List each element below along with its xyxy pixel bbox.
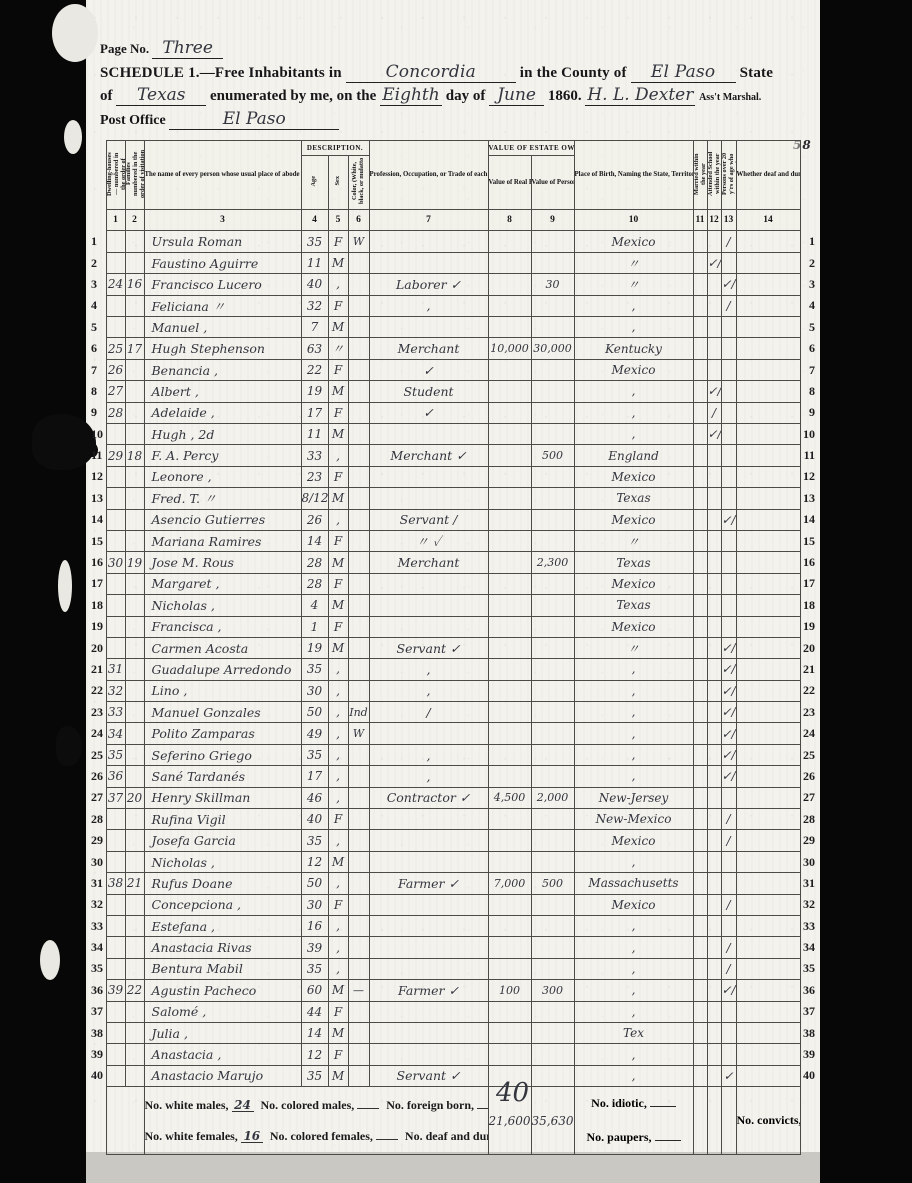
color-cell <box>348 937 369 958</box>
footer-right-margin <box>800 1087 816 1155</box>
school-mark-cell <box>707 723 721 744</box>
dwelling-number-cell: 24 <box>106 274 125 295</box>
birthplace-cell: Mexico <box>574 573 693 594</box>
sex-cell: M <box>328 1022 348 1043</box>
school-mark-cell <box>707 445 721 466</box>
row-number-right: 29 <box>800 830 816 851</box>
family-number-cell <box>125 616 144 637</box>
sex-cell: , <box>328 787 348 808</box>
real-estate-cell <box>488 958 531 979</box>
condition-cell <box>736 274 800 295</box>
table-row: 33 Estefana , 16 , , 33 <box>90 915 816 936</box>
family-number-cell <box>125 744 144 765</box>
color-cell <box>348 894 369 915</box>
condition-cell <box>736 252 800 273</box>
age-cell: 39 <box>301 937 328 958</box>
name-cell: Rufina Vigil <box>144 809 301 830</box>
school-mark-cell <box>707 744 721 765</box>
table-row: 34 Anastacia Rivas 39 , , / 34 <box>90 937 816 958</box>
row-number-right: 31 <box>800 873 816 894</box>
schedule-line: SCHEDULE 1.—Free Inhabitants in Concordi… <box>100 62 806 83</box>
birthplace-cell: , <box>574 766 693 787</box>
family-number-cell <box>125 766 144 787</box>
dwelling-number-cell <box>106 424 125 445</box>
name-cell: Jose M. Rous <box>144 552 301 573</box>
dwelling-number-cell: 31 <box>106 659 125 680</box>
real-estate-cell <box>488 317 531 338</box>
condition-cell <box>736 766 800 787</box>
post-office-value: El Paso <box>169 109 339 130</box>
age-cell: 40 <box>301 274 328 295</box>
color-cell <box>348 552 369 573</box>
school-mark-cell: ✓/ <box>707 252 721 273</box>
occupation-cell: Farmer ✓ <box>369 873 488 894</box>
family-number-cell <box>125 702 144 723</box>
name-cell: Carmen Acosta <box>144 637 301 658</box>
sex-cell: , <box>328 274 348 295</box>
married-mark-cell <box>693 552 707 573</box>
table-row: 6 25 17 Hugh Stephenson 63 〃 Merchant 10… <box>90 338 816 359</box>
birthplace-cell: , <box>574 295 693 316</box>
illiterate-mark-cell: / <box>721 958 736 979</box>
age-cell: 8/12 <box>301 488 328 509</box>
married-mark-cell <box>693 659 707 680</box>
condition-cell <box>736 1044 800 1065</box>
row-number-left: 1 <box>90 231 106 252</box>
married-mark-cell <box>693 894 707 915</box>
footer-empty-mark-cell <box>707 1087 721 1155</box>
row-number-left: 6 <box>90 338 106 359</box>
age-cell: 35 <box>301 231 328 252</box>
color-cell <box>348 295 369 316</box>
color-cell <box>348 744 369 765</box>
personal-estate-cell <box>531 1022 574 1043</box>
value-group-header: VALUE OF ESTATE OWNED. <box>488 141 574 156</box>
row-number-left: 20 <box>90 637 106 658</box>
family-number-cell <box>125 231 144 252</box>
real-estate-cell <box>488 744 531 765</box>
color-cell <box>348 915 369 936</box>
state-label: State <box>740 65 774 81</box>
row-number-left: 13 <box>90 488 106 509</box>
table-row: 22 32 Lino , 30 , , , ✓/ 22 <box>90 680 816 701</box>
illiterate-mark-cell: / <box>721 809 736 830</box>
personal-estate-cell <box>531 723 574 744</box>
dwelling-number-cell: 36 <box>106 766 125 787</box>
row-number-right: 25 <box>800 744 816 765</box>
birthplace-cell: 〃 <box>574 252 693 273</box>
row-number-right: 18 <box>800 595 816 616</box>
state-value: Texas <box>116 85 206 106</box>
personal-estate-cell <box>531 894 574 915</box>
real-estate-cell: 7,000 <box>488 873 531 894</box>
school-mark-cell: / <box>707 402 721 423</box>
name-cell: Mariana Ramires <box>144 530 301 551</box>
real-estate-cell <box>488 1022 531 1043</box>
of-label: of <box>100 88 113 104</box>
name-cell: Fred. T. 〃 <box>144 488 301 509</box>
birthplace-cell: , <box>574 680 693 701</box>
occupation-cell <box>369 252 488 273</box>
color-cell <box>348 338 369 359</box>
illiterate-mark-cell <box>721 402 736 423</box>
name-cell: Faustino Aguirre <box>144 252 301 273</box>
color-cell: Ind <box>348 702 369 723</box>
school-mark-cell <box>707 295 721 316</box>
row-number-right: 33 <box>800 915 816 936</box>
dwelling-number-cell <box>106 894 125 915</box>
table-row: 38 Julia , 14 M Tex 38 <box>90 1022 816 1043</box>
married-mark-cell <box>693 915 707 936</box>
row-number-right: 15 <box>800 530 816 551</box>
birthplace-cell: , <box>574 744 693 765</box>
married-mark-cell <box>693 744 707 765</box>
family-number-cell: 20 <box>125 787 144 808</box>
married-mark-cell <box>693 466 707 487</box>
dwelling-number-cell: 26 <box>106 359 125 380</box>
row-number-left: 35 <box>90 958 106 979</box>
family-number-cell <box>125 830 144 851</box>
family-number-cell <box>125 509 144 530</box>
illiterate-mark-cell <box>721 488 736 509</box>
married-mark-cell <box>693 424 707 445</box>
name-cell: F. A. Percy <box>144 445 301 466</box>
birthplace-cell: , <box>574 402 693 423</box>
school-mark-cell <box>707 958 721 979</box>
married-mark-cell <box>693 317 707 338</box>
row-number-right: 17 <box>800 573 816 594</box>
real-estate-cell <box>488 488 531 509</box>
school-mark-cell <box>707 274 721 295</box>
age-cell: 30 <box>301 894 328 915</box>
sex-cell: F <box>328 1044 348 1065</box>
occupation-cell <box>369 616 488 637</box>
birthplace-cell: New-Jersey <box>574 787 693 808</box>
age-cell: 35 <box>301 659 328 680</box>
name-cell: Josefa Garcia <box>144 830 301 851</box>
dwelling-number-cell: 34 <box>106 723 125 744</box>
row-number-left: 39 <box>90 1044 106 1065</box>
sex-cell: F <box>328 295 348 316</box>
condition-cell <box>736 488 800 509</box>
married-mark-cell <box>693 958 707 979</box>
name-cell: Feliciana 〃 <box>144 295 301 316</box>
age-cell: 26 <box>301 509 328 530</box>
family-number-cell <box>125 1065 144 1086</box>
condition-cell <box>736 1001 800 1022</box>
real-estate-cell <box>488 702 531 723</box>
color-cell <box>348 637 369 658</box>
col-birthplace-header: Place of Birth, Naming the State, Territ… <box>574 141 693 210</box>
color-cell <box>348 445 369 466</box>
married-mark-cell <box>693 488 707 509</box>
col-married-header: Married within the year <box>693 141 707 210</box>
illiterate-mark-cell <box>721 317 736 338</box>
row-number-right: 7 <box>800 359 816 380</box>
ink-blot <box>56 726 82 766</box>
post-office-line: Post Office El Paso <box>100 109 806 130</box>
paper-tear <box>40 940 60 980</box>
color-cell <box>348 252 369 273</box>
table-row: 36 39 22 Agustin Pacheco 60 M — Farmer ✓… <box>90 980 816 1001</box>
illiterate-mark-cell <box>721 616 736 637</box>
table-row: 32 Concepciona , 30 F Mexico / 32 <box>90 894 816 915</box>
illiterate-mark-cell <box>721 381 736 402</box>
sex-cell: F <box>328 1001 348 1022</box>
row-number-right: 35 <box>800 958 816 979</box>
dwelling-number-cell <box>106 851 125 872</box>
family-number-cell <box>125 402 144 423</box>
real-estate-cell <box>488 530 531 551</box>
idiotic-label: No. idiotic, <box>591 1096 647 1110</box>
row-number-right: 13 <box>800 488 816 509</box>
dwelling-number-cell <box>106 1065 125 1086</box>
dwelling-number-cell <box>106 466 125 487</box>
color-cell <box>348 659 369 680</box>
name-cell: Guadalupe Arredondo <box>144 659 301 680</box>
illiterate-mark-cell: ✓/ <box>721 766 736 787</box>
illiterate-mark-cell: / <box>721 231 736 252</box>
occupation-cell <box>369 1044 488 1065</box>
married-mark-cell <box>693 616 707 637</box>
married-mark-cell <box>693 402 707 423</box>
personal-estate-cell <box>531 702 574 723</box>
row-number-right: 10 <box>800 424 816 445</box>
sex-cell: M <box>328 595 348 616</box>
occupation-cell <box>369 231 488 252</box>
personal-estate-cell: 2,300 <box>531 552 574 573</box>
birthplace-cell: , <box>574 980 693 1001</box>
table-row: 24 34 Polito Zamparas 49 , W , ✓/ 24 <box>90 723 816 744</box>
age-cell: 17 <box>301 766 328 787</box>
col-age-header: Age <box>301 156 328 210</box>
condition-cell <box>736 616 800 637</box>
sex-cell: , <box>328 915 348 936</box>
family-number-cell <box>125 809 144 830</box>
name-cell: Estefana , <box>144 915 301 936</box>
married-mark-cell <box>693 509 707 530</box>
row-number-left: 19 <box>90 616 106 637</box>
dwelling-number-cell: 32 <box>106 680 125 701</box>
birthplace-cell: Mexico <box>574 466 693 487</box>
family-number-cell <box>125 1044 144 1065</box>
married-mark-cell <box>693 830 707 851</box>
illiterate-mark-cell <box>721 252 736 273</box>
age-cell: 16 <box>301 915 328 936</box>
family-number-cell: 17 <box>125 338 144 359</box>
marshal-signature: H. L. Dexter <box>585 85 695 106</box>
birthplace-cell: Mexico <box>574 894 693 915</box>
school-mark-cell <box>707 702 721 723</box>
name-cell: Lino , <box>144 680 301 701</box>
footer-empty-mark-cell <box>721 1087 736 1155</box>
schedule-title: SCHEDULE 1.—Free Inhabitants in <box>100 65 342 81</box>
dwelling-number-cell: 28 <box>106 402 125 423</box>
married-mark-cell <box>693 1001 707 1022</box>
dwelling-number-cell <box>106 1001 125 1022</box>
occupation-cell <box>369 723 488 744</box>
illiterate-mark-cell: / <box>721 937 736 958</box>
row-number-left: 5 <box>90 317 106 338</box>
name-cell: Francisco Lucero <box>144 274 301 295</box>
married-mark-cell <box>693 787 707 808</box>
footer-count-field: No. colored females, <box>270 1129 398 1143</box>
dwelling-number-cell <box>106 488 125 509</box>
scan-right-border <box>820 0 912 1183</box>
personal-estate-cell <box>531 937 574 958</box>
birthplace-cell: Texas <box>574 595 693 616</box>
occupation-cell <box>369 573 488 594</box>
age-cell: 60 <box>301 980 328 1001</box>
day-of-label: day of <box>446 88 486 104</box>
col-family-header: Families numbered in the order of visita… <box>125 141 144 210</box>
occupation-cell <box>369 915 488 936</box>
footer-counts: No. white males, 24No. colored males, No… <box>144 1087 488 1155</box>
table-row: 16 30 19 Jose M. Rous 28 M Merchant 2,30… <box>90 552 816 573</box>
row-number-left: 22 <box>90 680 106 701</box>
married-mark-cell <box>693 359 707 380</box>
table-row: 7 26 Benancia , 22 F ✓ Mexico 7 <box>90 359 816 380</box>
scan-left-border <box>0 0 86 1183</box>
row-number-right: 3 <box>800 274 816 295</box>
name-cell: Adelaide , <box>144 402 301 423</box>
family-number-cell <box>125 530 144 551</box>
real-estate-cell <box>488 809 531 830</box>
name-cell: Concepciona , <box>144 894 301 915</box>
real-estate-cell <box>488 851 531 872</box>
sex-cell: F <box>328 894 348 915</box>
table-row: 15 Mariana Ramires 14 F 〃 ✓ 〃 15 <box>90 530 816 551</box>
age-cell: 28 <box>301 573 328 594</box>
condition-cell <box>736 744 800 765</box>
age-cell: 40 <box>301 809 328 830</box>
school-mark-cell <box>707 552 721 573</box>
footer-empty-cell <box>106 1087 144 1155</box>
occupation-cell: Contractor ✓ <box>369 787 488 808</box>
table-row: 4 Feliciana 〃 32 F , , / 4 <box>90 295 816 316</box>
row-number-left: 36 <box>90 980 106 1001</box>
row-number-right: 2 <box>800 252 816 273</box>
table-row: 5 Manuel , 7 M , 5 <box>90 317 816 338</box>
condition-cell <box>736 809 800 830</box>
dwelling-number-cell: 39 <box>106 980 125 1001</box>
name-cell: Hugh , 2d <box>144 424 301 445</box>
township-value: Concordia <box>346 62 516 83</box>
page-no-value: Three <box>152 38 223 59</box>
married-mark-cell <box>693 937 707 958</box>
family-number-cell <box>125 851 144 872</box>
personal-estate-cell: 30 <box>531 274 574 295</box>
row-number-right: 6 <box>800 338 816 359</box>
real-estate-cell <box>488 573 531 594</box>
school-mark-cell <box>707 595 721 616</box>
personal-estate-cell <box>531 295 574 316</box>
family-number-cell <box>125 424 144 445</box>
age-cell: 30 <box>301 680 328 701</box>
color-cell <box>348 1022 369 1043</box>
row-number-right: 37 <box>800 1001 816 1022</box>
paper-tear <box>52 4 98 62</box>
ink-blot <box>32 414 96 470</box>
condition-cell <box>736 552 800 573</box>
age-cell: 11 <box>301 424 328 445</box>
row-number-left: 24 <box>90 723 106 744</box>
personal-estate-cell: 500 <box>531 873 574 894</box>
real-estate-cell <box>488 894 531 915</box>
age-cell: 14 <box>301 530 328 551</box>
sex-cell: F <box>328 809 348 830</box>
sex-cell: F <box>328 359 348 380</box>
age-cell: 50 <box>301 702 328 723</box>
color-cell <box>348 851 369 872</box>
sex-cell: , <box>328 680 348 701</box>
dwelling-number-cell: 37 <box>106 787 125 808</box>
row-number-right: 1 <box>800 231 816 252</box>
dwelling-number-cell: 33 <box>106 702 125 723</box>
sex-cell: M <box>328 637 348 658</box>
name-cell: Leonore , <box>144 466 301 487</box>
table-row: 21 31 Guadalupe Arredondo 35 , , , ✓/ 21 <box>90 659 816 680</box>
married-mark-cell <box>693 637 707 658</box>
personal-estate-cell <box>531 1044 574 1065</box>
real-estate-cell <box>488 595 531 616</box>
row-number-right: 38 <box>800 1022 816 1043</box>
table-row: 25 35 Seferino Griego 35 , , , ✓/ 25 <box>90 744 816 765</box>
table-header: Dwelling-houses— numbered in the order o… <box>90 141 816 231</box>
row-number-left: 33 <box>90 915 106 936</box>
name-cell: Asencio Gutierres <box>144 509 301 530</box>
family-number-cell <box>125 723 144 744</box>
table-row: 29 Josefa Garcia 35 , Mexico / 29 <box>90 830 816 851</box>
convicts-label: No. convicts, <box>737 1113 801 1127</box>
county-label: in the County of <box>520 65 627 81</box>
scan-bottom-shadow <box>86 1152 820 1183</box>
condition-cell <box>736 937 800 958</box>
illiterate-mark-cell <box>721 445 736 466</box>
table-row: 17 Margaret , 28 F Mexico 17 <box>90 573 816 594</box>
married-mark-cell <box>693 766 707 787</box>
real-estate-cell <box>488 466 531 487</box>
county-value: El Paso <box>631 62 736 83</box>
birthplace-cell: , <box>574 702 693 723</box>
condition-cell <box>736 359 800 380</box>
illiterate-mark-cell: ✓/ <box>721 680 736 701</box>
row-number-left: 32 <box>90 894 106 915</box>
footer-empty-mark-cell <box>693 1087 707 1155</box>
real-estate-cell <box>488 274 531 295</box>
real-estate-cell <box>488 659 531 680</box>
school-mark-cell <box>707 530 721 551</box>
sex-cell: M <box>328 424 348 445</box>
condition-cell <box>736 637 800 658</box>
occupation-cell <box>369 595 488 616</box>
name-cell: Anastacia , <box>144 1044 301 1065</box>
color-cell <box>348 402 369 423</box>
personal-estate-cell: 30,000 <box>531 338 574 359</box>
personal-estate-cell <box>531 317 574 338</box>
family-number-cell <box>125 381 144 402</box>
footer-convicts: No. convicts, <box>736 1087 800 1155</box>
birthplace-cell: , <box>574 723 693 744</box>
sex-cell: M <box>328 980 348 1001</box>
age-cell: 32 <box>301 295 328 316</box>
footer-counts-line2: No. white females, 16No. colored females… <box>145 1121 488 1152</box>
illiterate-mark-cell <box>721 915 736 936</box>
age-cell: 35 <box>301 1065 328 1086</box>
dwelling-number-cell <box>106 1022 125 1043</box>
sex-cell: M <box>328 317 348 338</box>
school-mark-cell <box>707 616 721 637</box>
